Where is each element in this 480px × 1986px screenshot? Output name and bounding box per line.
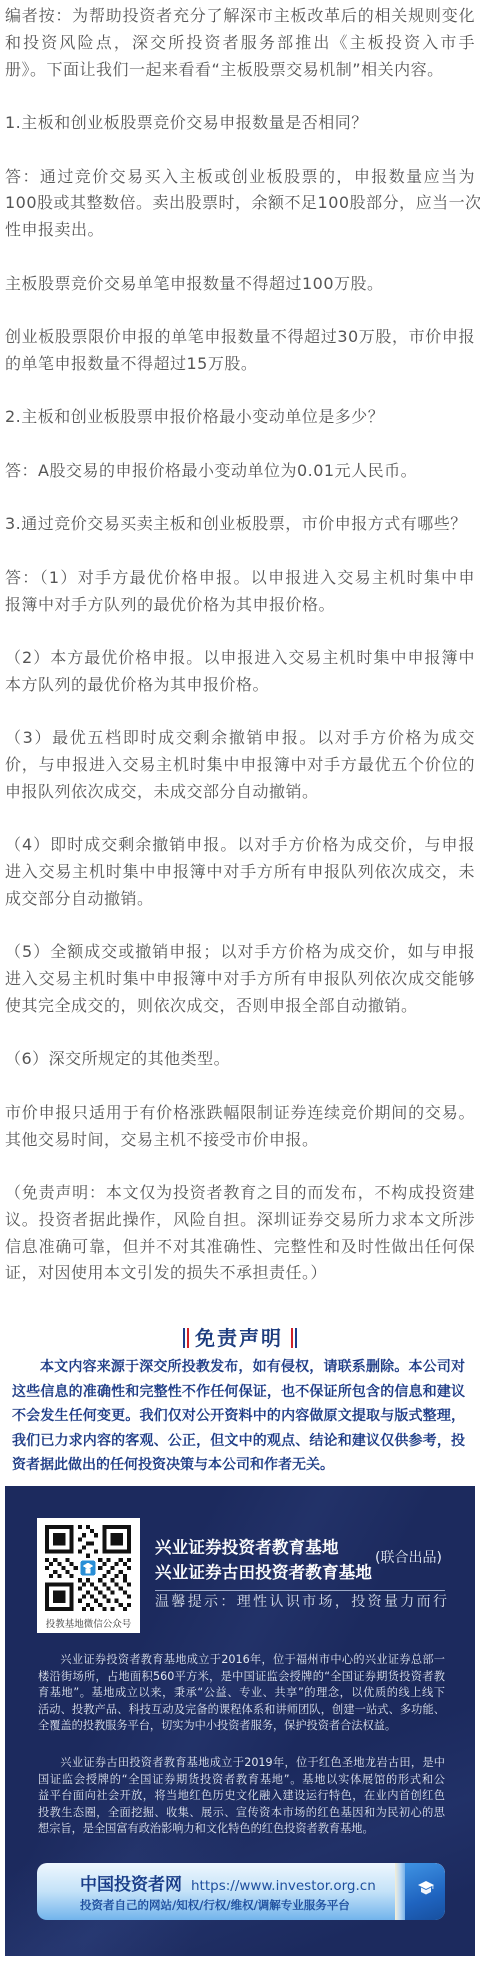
- investor-education-panel: 投教基地微信公众号 兴业证券投资者教育基地 兴业证券古田投资者教育基地 (联合出…: [5, 1486, 475, 1956]
- reminder-tip: 温馨提示：理性认识市场，投资量力而行: [155, 1593, 447, 1611]
- text-line: 楼沿街场所，占地面积560平方米，是中国证监会授牌的“全国证券期货投资者教: [38, 1669, 445, 1686]
- question-1: 1.主板和创业板股票竞价交易申报数量是否相同？: [5, 110, 475, 137]
- banner-title-row: 中国投资者网 https://www.investor.org.cn: [80, 1870, 376, 1896]
- text-line: 创业板股票限价申报的单笔申报数量不得超过30万股，市价申报: [5, 324, 475, 351]
- text-line: 活动、投教产品、科技互动及完备的课程体系和讲师团队，创建一站式、多功能、: [38, 1702, 445, 1719]
- text-line: （免责声明：本文仅为投资者教育之目的而发布，不构成投资建: [5, 1180, 475, 1207]
- text-line: 100股或其整数倍。卖出股票时，余额不足100股部分，应当一次: [5, 190, 475, 217]
- heading-bar-red: [187, 1328, 189, 1348]
- banner-site-name: 中国投资者网: [80, 1870, 182, 1895]
- text-line: 证，对因使用本文引发的损失不承担责任。）: [5, 1260, 475, 1287]
- heading-bar-red: [291, 1328, 293, 1348]
- heading-bar-blue: [183, 1328, 185, 1348]
- text-line: （6）深交所规定的其他类型。: [5, 1046, 475, 1073]
- text-line: 议。投资者据此操作，风险自担。深圳证券交易所力求本文所涉: [5, 1207, 475, 1234]
- text-line: 2.主板和创业板股票申报价格最小变动单位是多少？: [5, 404, 475, 431]
- answer-2: 答：A股交易的申报价格最小变动单位为0.01元人民币。: [5, 458, 475, 485]
- text-line: 育基地”。基地成立以来，秉承“公益、专业、共享”的理念，以优质的线上线下: [38, 1685, 445, 1702]
- text-line: 1.主板和创业板股票竞价交易申报数量是否相同？: [5, 110, 475, 137]
- text-line: 市价申报只适用于有价格涨跌幅限制证券连续竞价期间的交易。: [5, 1100, 475, 1127]
- text-line: （2）本方最优价格申报。以申报进入交易主机时集中申报簿中: [5, 645, 475, 672]
- text-line: 3.通过竞价交易买卖主板和创业板股票，市价申报方式有哪些？: [5, 511, 475, 538]
- graduation-cap-icon: [417, 1879, 435, 1897]
- text-line: 兴业证券投资者教育基地成立于2016年，位于福州市中心的兴业证券总部一: [38, 1652, 445, 1669]
- text-line: 答：（1）对手方最优价格申报。以申报进入交易主机时集中申: [5, 565, 475, 592]
- answer-3-item-5: （5）全额成交或撤销申报；以对手方价格为成交价，如与申报 进入交易主机时集中申报…: [5, 939, 475, 1019]
- answer-3-item-3: （3）最优五档即时成交剩余撤销申报。以对手方价格为成交 价，与申报进入交易主机时…: [5, 725, 475, 805]
- qr-code-card: 投教基地微信公众号: [37, 1518, 140, 1633]
- text-line: 编者按：为帮助投资者充分了解深市主板改革后的相关规则变化: [5, 3, 475, 30]
- disclaimer-heading: 免责声明: [0, 1326, 480, 1350]
- answer-3-item-4: （4）即时成交剩余撤销申报。以对手方价格为成交价，与申报 进入交易主机时集中申报…: [5, 832, 475, 912]
- banner-tagline: 投资者自己的网站/知权/行权/维权/调解专业服务平台: [80, 1897, 350, 1913]
- text-line: 本文内容来源于深交所投教发布，如有侵权，请联系删除。本公司对: [12, 1355, 465, 1380]
- text-line: （4）即时成交剩余撤销申报。以对手方价格为成交价，与申报: [5, 832, 475, 859]
- base-titles: 兴业证券投资者教育基地 兴业证券古田投资者教育基地: [155, 1535, 372, 1585]
- chinext-limit-note: 创业板股票限价申报的单笔申报数量不得超过30万股，市价申报 的单笔申报数量不得超…: [5, 324, 475, 378]
- answer-1: 答：通过竞价交易买入主板或创业板股票的，申报数量应当为 100股或其整数倍。卖出…: [5, 164, 475, 244]
- qr-caption: 投教基地微信公众号: [37, 1618, 140, 1632]
- question-2: 2.主板和创业板股票申报价格最小变动单位是多少？: [5, 404, 475, 431]
- text-line: 兴业证券古田投资者教育基地成立于2019年，位于红色圣地龙岩古田，是中: [38, 1755, 445, 1772]
- base-title-2: 兴业证券古田投资者教育基地: [155, 1560, 372, 1585]
- intro-paragraph: 编者按：为帮助投资者充分了解深市主板改革后的相关规则变化 和投资风险点，深交所投…: [5, 3, 475, 83]
- qr-code-icon: [45, 1525, 131, 1611]
- text-line: 国证监会授牌的“全国证券期货投资者教育基地”。基地以实体展馆的形式和公: [38, 1772, 445, 1789]
- divider: [155, 1590, 445, 1591]
- answer-3-item-2: （2）本方最优价格申报。以申报进入交易主机时集中申报簿中 本方队列的最优价格为其…: [5, 645, 475, 699]
- mainboard-limit-note: 主板股票竞价交易单笔申报数量不得超过100万股。: [5, 271, 475, 298]
- article-body: 编者按：为帮助投资者充分了解深市主板改革后的相关规则变化 和投资风险点，深交所投…: [5, 3, 475, 1314]
- text-line: 册》。下面让我们一起来看看“主板股票交易机制”相关内容。: [5, 57, 475, 84]
- book-cover: [405, 1863, 445, 1920]
- text-line: 主板股票竞价交易单笔申报数量不得超过100万股。: [5, 271, 475, 298]
- text-line: （3）最优五档即时成交剩余撤销申报。以对手方价格为成交: [5, 725, 475, 752]
- text-line: 成交部分自动撤销。: [5, 886, 475, 913]
- question-3: 3.通过竞价交易买卖主板和创业板股票，市价申报方式有哪些？: [5, 511, 475, 538]
- text-line: 全覆盖的投教服务平台，切实为中小投资者服务，保护投资者合法权益。: [38, 1718, 445, 1735]
- text-line: 不会发生任何变更。我们仅对公开资料中的内容做原文提取与版式整理，: [12, 1404, 465, 1429]
- text-line: 进入交易主机时集中申报簿中对手方所有申报队列依次成交能够: [5, 966, 475, 993]
- text-line: 和投资风险点，深交所投资者服务部推出《主板投资入市手: [5, 30, 475, 57]
- joint-production-label: (联合出品): [375, 1549, 442, 1567]
- text-line: 进入交易主机时集中申报簿中对手方所有申报队列依次成交，未: [5, 859, 475, 886]
- answer-3-item-1: 答：（1）对手方最优价格申报。以申报进入交易主机时集中申 报簿中对手方队列的最优…: [5, 565, 475, 619]
- text-line: （5）全额成交或撤销申报；以对手方价格为成交价，如与申报: [5, 939, 475, 966]
- text-line: 这些信息的准确性和完整性不作任何保证，也不保证所包含的信息和建议: [12, 1380, 465, 1405]
- text-line: 投教生态圈，全面挖掘、收集、展示、宣传资本市场的红色基因和为民初心的思: [38, 1805, 445, 1822]
- text-line: 想宗旨，是全国富有政治影响力和文化特色的红色投资者教育基地。: [38, 1821, 445, 1838]
- base-title-1: 兴业证券投资者教育基地: [155, 1535, 372, 1560]
- text-line: 信息准确可靠，但并不对其准确性、完整性和及时性做出任何保: [5, 1234, 475, 1261]
- investor-website-banner: 中国投资者网 https://www.investor.org.cn 投资者自己…: [37, 1863, 445, 1920]
- text-line: 资者据此做出的任何投资决策与本公司和作者无关。: [12, 1453, 465, 1478]
- market-order-note: 市价申报只适用于有价格涨跌幅限制证券连续竞价期间的交易。 其他交易时间，交易主机…: [5, 1100, 475, 1154]
- text-line: 答：通过竞价交易买入主板或创业板股票的，申报数量应当为: [5, 164, 475, 191]
- base-intro-paragraph-1: 兴业证券投资者教育基地成立于2016年，位于福州市中心的兴业证券总部一 楼沿街场…: [38, 1652, 445, 1735]
- text-line: 报簿中对手方队列的最优价格为其申报价格。: [5, 592, 475, 619]
- answer-3-item-6: （6）深交所规定的其他类型。: [5, 1046, 475, 1073]
- disclaimer-text: 本文内容来源于深交所投教发布，如有侵权，请联系删除。本公司对 这些信息的准确性和…: [12, 1355, 465, 1478]
- text-line: 的单笔申报数量不得超过15万股。: [5, 351, 475, 378]
- base-intro-paragraph-2: 兴业证券古田投资者教育基地成立于2019年，位于红色圣地龙岩古田，是中 国证监会…: [38, 1755, 445, 1838]
- text-line: 价，与申报进入交易主机时集中申报簿中对手方最优五个价位的: [5, 752, 475, 779]
- text-line: 其他交易时间，交易主机不接受市价申报。: [5, 1127, 475, 1154]
- text-line: 性申报卖出。: [5, 217, 475, 244]
- szse-disclaimer: （免责声明：本文仅为投资者教育之目的而发布，不构成投资建 议。投资者据此操作，风…: [5, 1180, 475, 1287]
- banner-url: https://www.investor.org.cn: [191, 1878, 376, 1894]
- text-line: 答：A股交易的申报价格最小变动单位为0.01元人民币。: [5, 458, 475, 485]
- text-line: 本方队列的最优价格为其申报价格。: [5, 672, 475, 699]
- heading-bar-blue: [295, 1328, 297, 1348]
- text-line: 我们已力求内容的客观、公正，但文中的观点、结论和建议仅供参考，投: [12, 1429, 465, 1454]
- disclaimer-title: 免责声明: [195, 1326, 283, 1350]
- text-line: 使其完全成交的，则依次成交，否则申报全部自动撤销。: [5, 993, 475, 1020]
- text-line: 益平台面向社会开放，将当地红色历史文化融入建设运行特色，在业内首创红色: [38, 1788, 445, 1805]
- text-line: 申报队列依次成交，未成交部分自动撤销。: [5, 779, 475, 806]
